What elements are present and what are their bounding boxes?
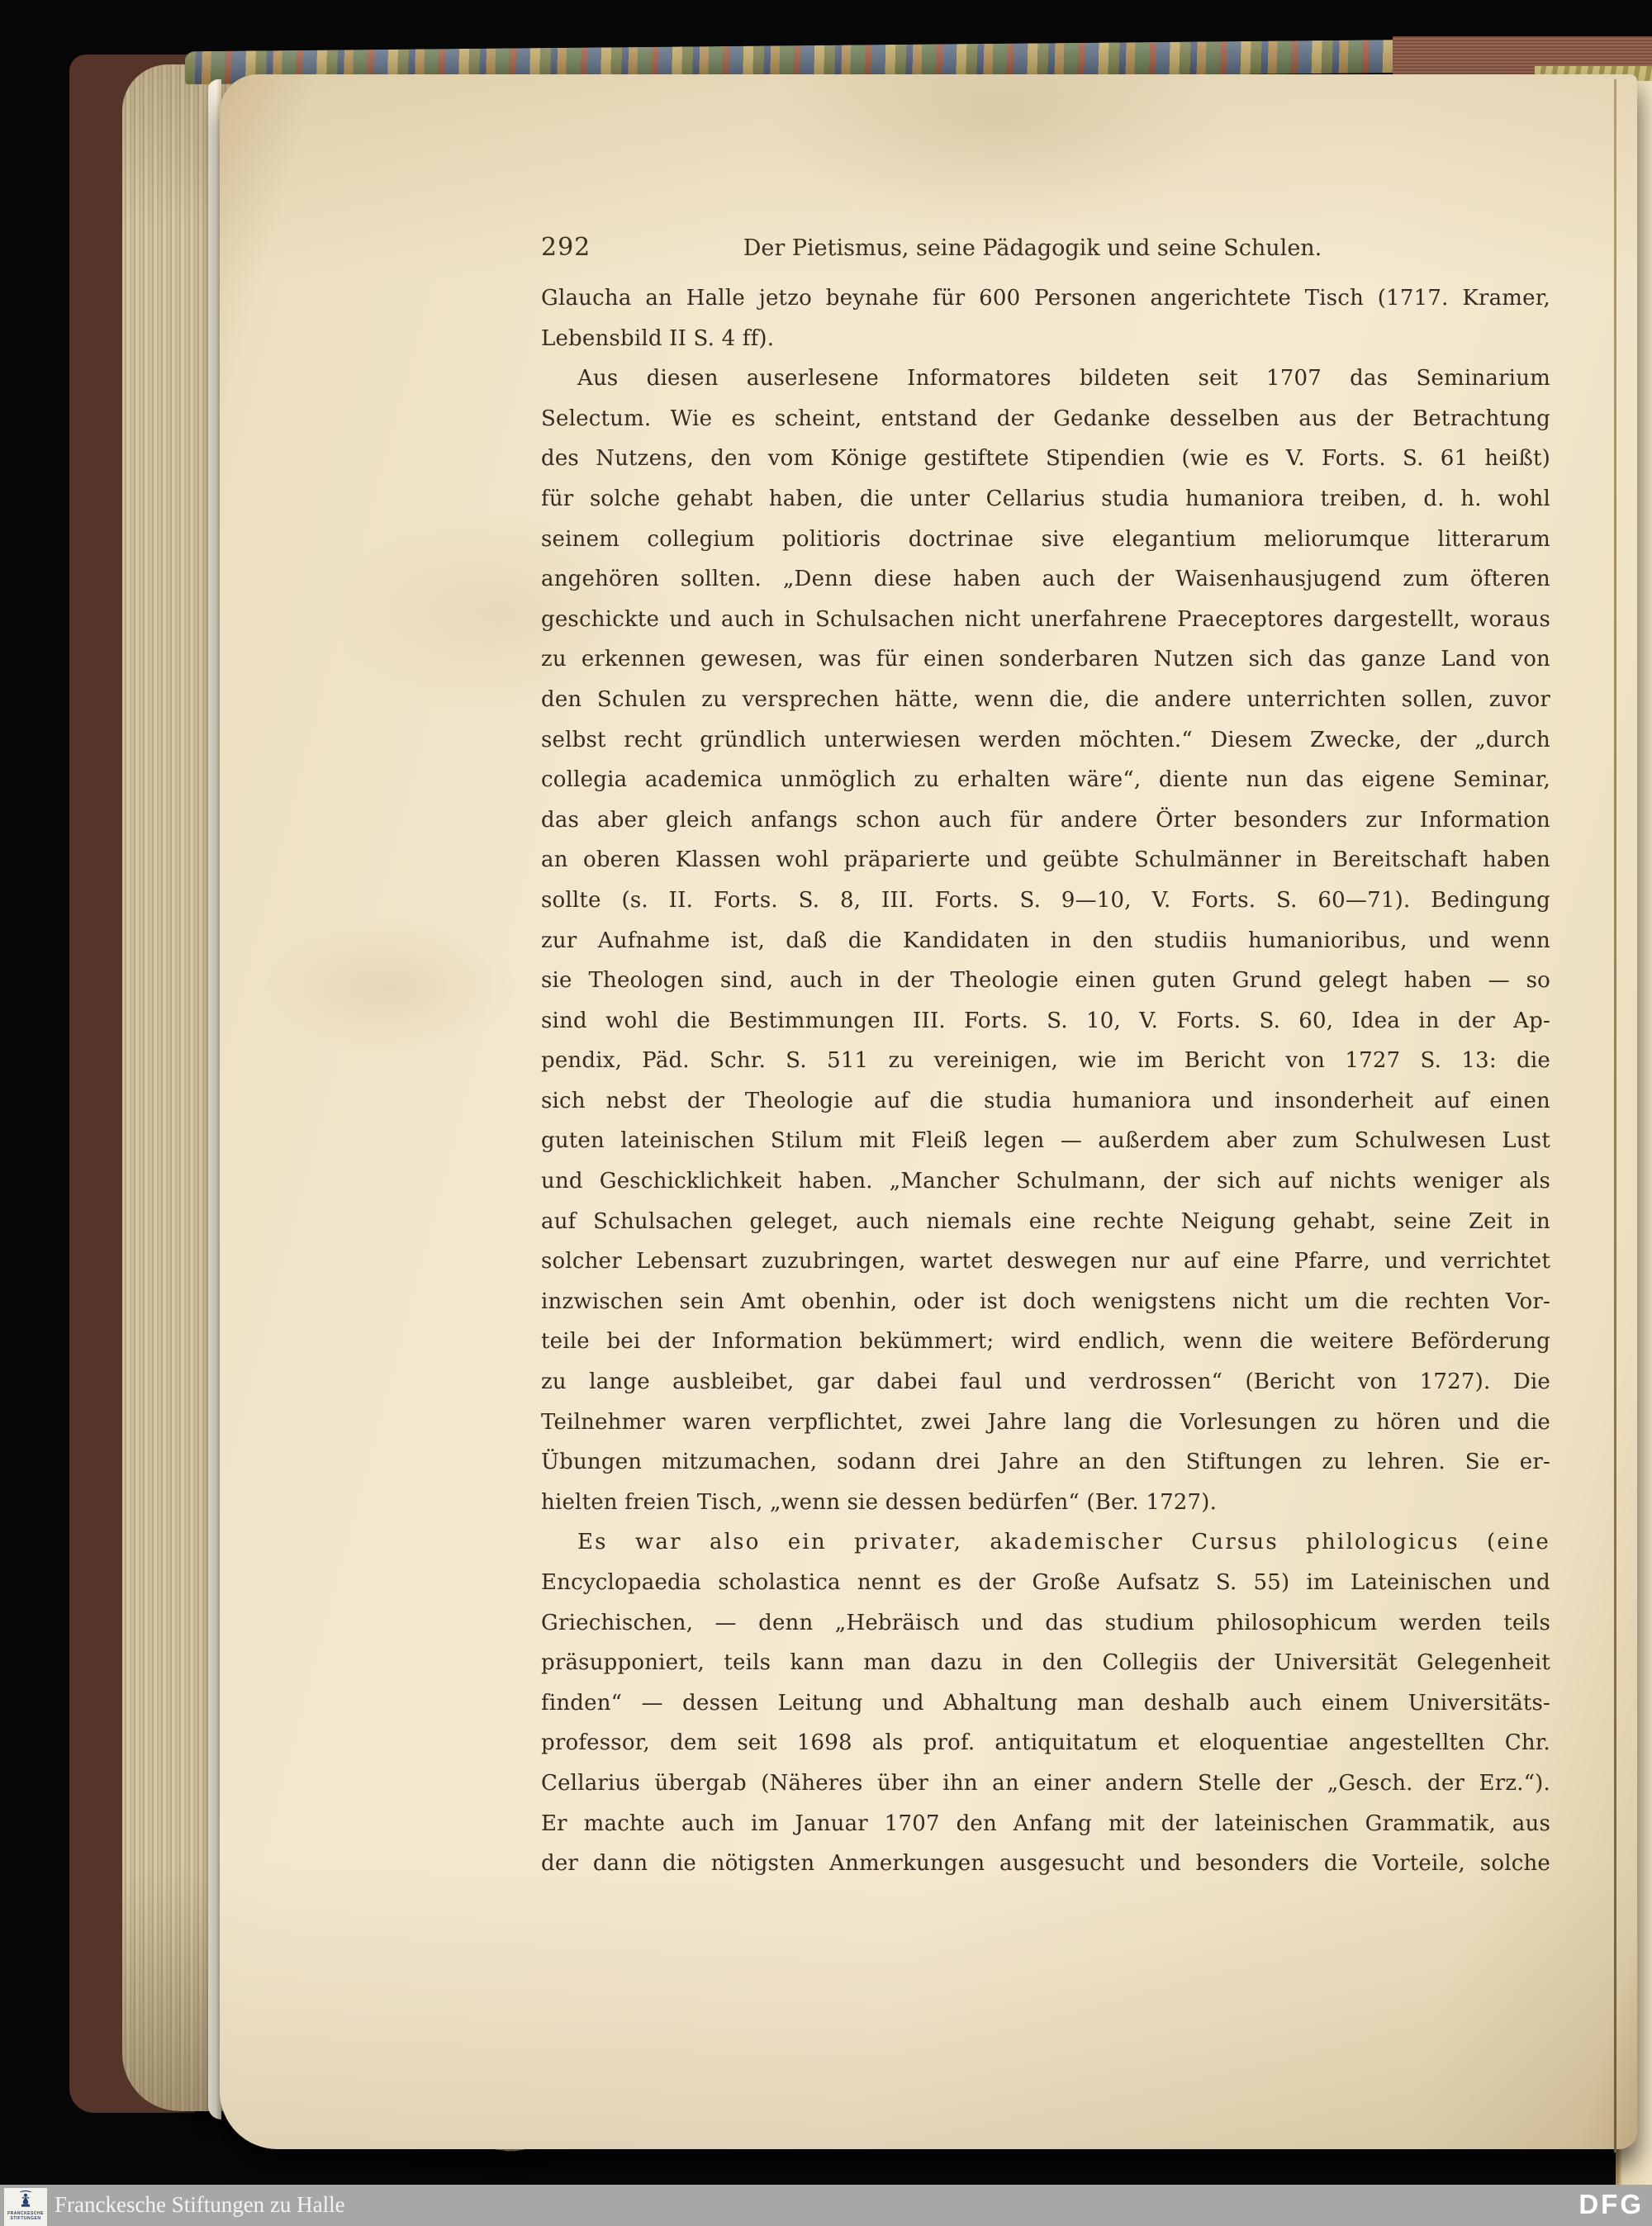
body-line: teile bei der Information bekümmert; wir… [541,1322,1550,1362]
body-line: angehören sollten. „Denn diese haben auc… [541,559,1550,600]
body-line: Teilnehmer waren verpflichtet, zwei Jahr… [541,1403,1550,1443]
body-line: seinem collegium politioris doctrinae si… [541,520,1550,560]
body-line: sich nebst der Theologie auf die studia … [541,1081,1550,1122]
body-line: sie Theologen sind, auch in der Theologi… [541,961,1550,1001]
body-line: den Schulen zu versprechen hätte, wenn d… [541,680,1550,720]
viewer-background: { "page": { "number": "292", "running_he… [0,0,1652,2226]
body-line: inzwischen sein Amt obenhin, oder ist do… [541,1282,1550,1322]
running-header: Der Pietismus, seine Pädagogik und seine… [578,235,1487,261]
body-line: zu erkennen gewesen, was für einen sonde… [541,639,1550,680]
body-line: Cellarius übergab (Näheres über ihn an e… [541,1763,1550,1804]
institution-label: Franckesche Stiftungen zu Halle [55,2192,345,2218]
body-line: sollte (s. II. Forts. S. 8, III. Forts. … [541,880,1550,921]
body-line: zu lange ausbleibet, gar dabei faul und … [541,1362,1550,1403]
body-line: auf Schulsachen geleget, auch niemals ei… [541,1202,1550,1242]
body-line: pendix, Päd. Schr. S. 511 zu vereinigen,… [541,1041,1550,1081]
body-line: des Nutzens, den vom Könige gestiftete S… [541,439,1550,479]
body-line: zur Aufnahme ist, daß die Kandidaten in … [541,921,1550,961]
gutter-crease [1614,79,1616,2152]
francke-logo-box: FRANCKESCHE STIFTUNGEN [4,2188,47,2226]
body-line: Encyclopaedia scholastica nennt es der G… [541,1563,1550,1603]
francke-logo-caption-2: STIFTUNGEN [11,2216,41,2221]
body-line: solcher Lebensart zuzubringen, wartet de… [541,1241,1550,1282]
body-line: an oberen Klassen wohl präparierte und g… [541,840,1550,880]
body-line: und Geschicklichkeit haben. „Mancher Sch… [541,1161,1550,1202]
body-line: Aus diesen auserlesene Informatores bild… [541,358,1550,399]
body-line: Lebensbild II S. 4 ff). [541,319,1550,359]
body-line: das aber gleich anfangs schon auch für a… [541,800,1550,841]
body-line: Glaucha an Halle jetzo beynahe für 600 P… [541,278,1550,319]
dfg-logo: DFG [1578,2189,1644,2220]
body-line: hielten freien Tisch, „wenn sie dessen b… [541,1483,1550,1523]
body-text-block: Glaucha an Halle jetzo beynahe für 600 P… [541,278,1550,1884]
body-line: präsupponiert, teils kann man dazu in de… [541,1643,1550,1683]
body-line: collegia academica unmöglich zu erhalten… [541,760,1550,800]
body-line: Übungen mitzumachen, sodann drei Jahre a… [541,1442,1550,1483]
francke-statue-icon [17,2190,34,2211]
body-line: Griechischen, — denn „Hebräisch und das … [541,1603,1550,1644]
body-line: sind wohl die Bestimmungen III. Forts. S… [541,1001,1550,1042]
body-line: geschickte und auch in Schulsachen nicht… [541,600,1550,640]
body-line: Es war also ein privater, akademischer C… [541,1522,1550,1563]
body-line: selbst recht gründlich unterwiesen werde… [541,720,1550,761]
body-line: für solche gehabt haben, die unter Cella… [541,479,1550,520]
body-line: der dann die nötigsten Anmerkungen ausge… [541,1844,1550,1884]
body-line: guten lateinischen Stilum mit Fleiß lege… [541,1121,1550,1161]
body-line: finden“ — dessen Leitung und Abhaltung m… [541,1683,1550,1724]
body-line: professor, dem seit 1698 als prof. antiq… [541,1723,1550,1763]
body-line: Selectum. Wie es scheint, entstand der G… [541,399,1550,439]
body-line: Er machte auch im Januar 1707 den Anfang… [541,1804,1550,1844]
